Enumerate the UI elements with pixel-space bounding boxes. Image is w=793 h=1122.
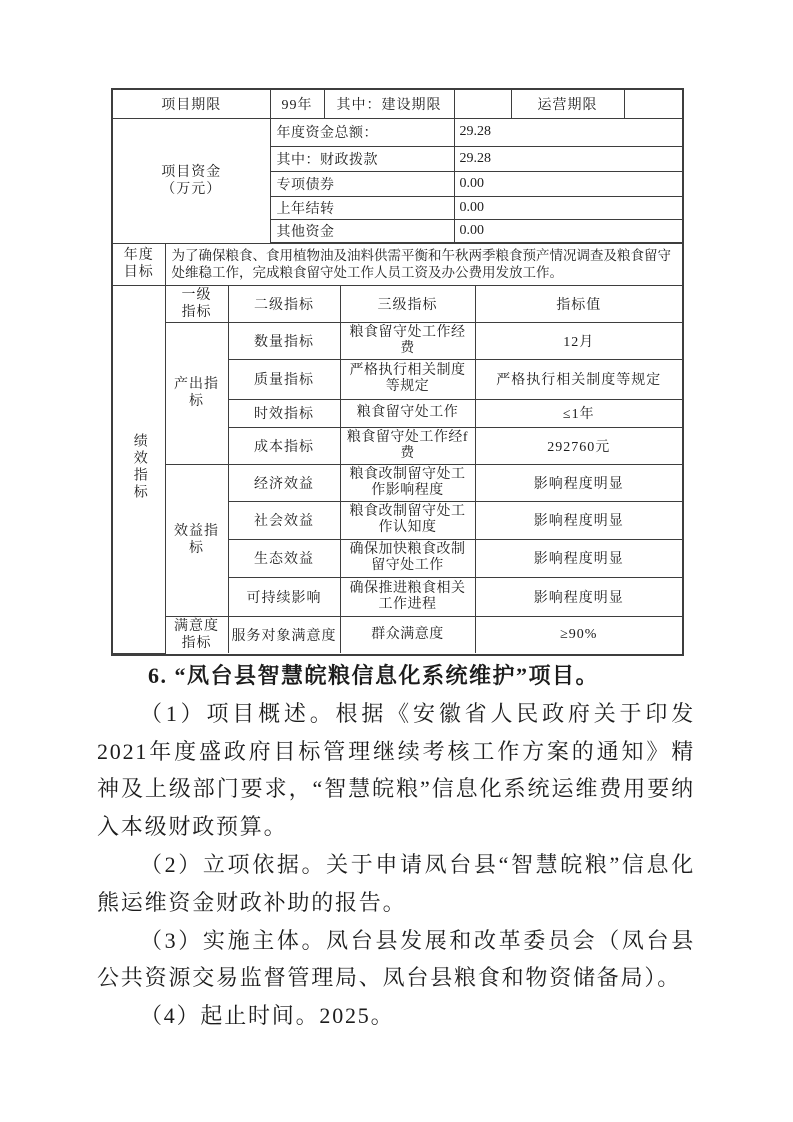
indicator-l2: 质量指标 <box>228 359 340 399</box>
indicator-l2: 经济效益 <box>228 464 340 501</box>
paragraph-overview: （1）项目概述。根据《安徽省人民政府关于印发2021年度盛政府目标管理继续考核工… <box>97 695 695 846</box>
header-value: 指标值 <box>475 286 682 323</box>
funds-row-name: 其他资金 <box>270 219 454 243</box>
funds-row-name: 上年结转 <box>270 196 454 219</box>
indicator-value: 严格执行相关制度等规定 <box>475 359 682 399</box>
satisfaction-indicators-label: 满意度指标 <box>165 616 228 653</box>
indicator-l2: 社会效益 <box>228 501 340 539</box>
table-row: 年度目标 为了确保粮食、食用植物油及油料供需平衡和午秋两季粮食预产情况调查及粮食… <box>113 244 682 285</box>
indicator-l3: 粮食留守处工作经f费 <box>340 427 475 464</box>
annual-goal-text: 为了确保粮食、食用植物油及油料供需平衡和午秋两季粮食预产情况调查及粮食留守处维稳… <box>165 244 682 285</box>
indicator-l2: 数量指标 <box>228 322 340 359</box>
funds-label-line1: 项目资金 <box>161 165 221 180</box>
indicator-l2: 时效指标 <box>228 399 340 427</box>
indicator-l3: 粮食改制留守处工作认知度 <box>340 501 475 539</box>
body-text: 6. “凤台县智慧皖粮信息化系统维护”项目。 （1）项目概述。根据《安徽省人民政… <box>97 657 695 1035</box>
header-level3: 三级指标 <box>340 286 475 323</box>
indicator-l3: 确保推进粮食相关工作进程 <box>340 577 475 616</box>
indicator-value: 影响程度明显 <box>475 501 682 539</box>
indicator-value: ≥90% <box>475 616 682 653</box>
paragraph-implementer: （3）实施主体。凤台县发展和改革委员会（凤台县公共资源交易监督管理局、凤台县粮食… <box>97 922 695 998</box>
period-funds-section: 项目期限 99年 其中：建设期限 运营期限 项目资金（万元） 年度资金总额： 2… <box>113 90 682 244</box>
indicator-value: 影响程度明显 <box>475 577 682 616</box>
operation-period-label: 运营期限 <box>511 90 624 118</box>
table-row: 满意度指标 服务对象满意度 群众满意度 ≥90% <box>113 616 682 653</box>
funds-row-value: 29.28 <box>454 118 682 146</box>
performance-indicators-label: 绩效指标 <box>113 286 165 654</box>
indicator-l2: 成本指标 <box>228 427 340 464</box>
funds-row-value: 0.00 <box>454 196 682 219</box>
funds-row-name: 其中：财政拨款 <box>270 146 454 171</box>
table-row: 项目资金（万元） 年度资金总额： 29.28 <box>113 118 682 146</box>
project-funds-label: 项目资金（万元） <box>113 118 270 243</box>
document-page: 项目期限 99年 其中：建设期限 运营期限 项目资金（万元） 年度资金总额： 2… <box>0 0 793 1122</box>
indicator-value: ≤1年 <box>475 399 682 427</box>
construction-period-label: 其中：建设期限 <box>324 90 454 118</box>
performance-indicators-section: 绩效指标 一级指标 二级指标 三级指标 指标值 产出指标 数量指标 粮食留守处工… <box>113 286 682 654</box>
indicator-l3: 粮食留守处工作经费 <box>340 322 475 359</box>
construction-period-value <box>454 90 511 118</box>
indicator-value: 影响程度明显 <box>475 464 682 501</box>
indicator-l2: 生态效益 <box>228 539 340 577</box>
funds-row-value: 0.00 <box>454 171 682 196</box>
table-row: 产出指标 数量指标 粮食留守处工作经费 12月 <box>113 322 682 359</box>
funds-row-value: 0.00 <box>454 219 682 243</box>
annual-goal-section: 年度目标 为了确保粮食、食用植物油及油料供需平衡和午秋两季粮食预产情况调查及粮食… <box>113 244 682 286</box>
indicator-l3: 群众满意度 <box>340 616 475 653</box>
project-period-label: 项目期限 <box>113 90 270 118</box>
header-level1: 一级指标 <box>165 286 228 323</box>
project-period-value: 99年 <box>270 90 324 118</box>
paragraph-basis: （2）立项依据。关于申请凤台县“智慧皖粮”信息化熊运维资金财政补助的报告。 <box>97 846 695 922</box>
project-info-table: 项目期限 99年 其中：建设期限 运营期限 项目资金（万元） 年度资金总额： 2… <box>111 88 684 656</box>
operation-period-value <box>624 90 682 118</box>
indicator-l2: 服务对象满意度 <box>228 616 340 653</box>
indicator-value: 影响程度明显 <box>475 539 682 577</box>
benefit-indicators-label: 效益指标 <box>165 464 228 616</box>
output-indicators-label: 产出指标 <box>165 322 228 464</box>
table-row: 项目期限 99年 其中：建设期限 运营期限 <box>113 90 682 118</box>
annual-goal-label: 年度目标 <box>113 244 165 285</box>
indicator-l3: 粮食改制留守处工作影响程度 <box>340 464 475 501</box>
table-row: 效益指标 经济效益 粮食改制留守处工作影响程度 影响程度明显 <box>113 464 682 501</box>
indicator-l3: 粮食留守处工作 <box>340 399 475 427</box>
indicator-value: 292760元 <box>475 427 682 464</box>
funds-row-name: 年度资金总额： <box>270 118 454 146</box>
section-heading: 6. “凤台县智慧皖粮信息化系统维护”项目。 <box>97 657 695 695</box>
indicator-l3: 确保加快粮食改制留守处工作 <box>340 539 475 577</box>
funds-row-value: 29.28 <box>454 146 682 171</box>
funds-label-line2: （万元） <box>161 182 221 197</box>
paragraph-timespan: （4）起止时间。2025。 <box>97 997 695 1035</box>
indicator-l3: 严格执行相关制度等规定 <box>340 359 475 399</box>
indicator-value: 12月 <box>475 322 682 359</box>
table-row: 绩效指标 一级指标 二级指标 三级指标 指标值 <box>113 286 682 323</box>
header-level2: 二级指标 <box>228 286 340 323</box>
funds-row-name: 专项债券 <box>270 171 454 196</box>
indicator-l2: 可持续影响 <box>228 577 340 616</box>
